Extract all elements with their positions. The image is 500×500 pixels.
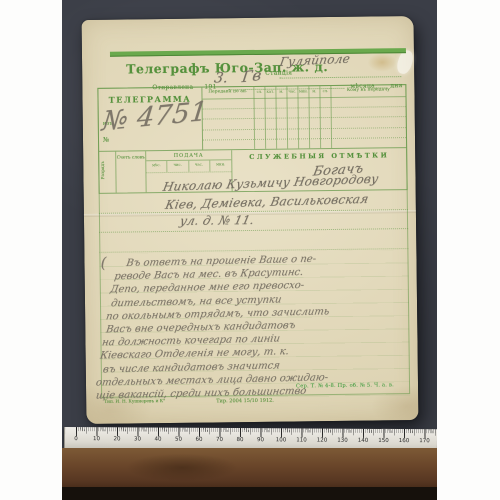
submission-columns: мѣс.чис.час.мин. — [146, 160, 231, 173]
submission-column: мин. — [210, 160, 231, 171]
ruler: 0102030405060708090100110120130140150160… — [64, 427, 437, 450]
ruler-number: 80 — [234, 437, 246, 443]
ruler-number: 120 — [316, 438, 328, 444]
series-stamp: Сер. Т. № 4-8. Пр. об. № 5. Ч. а. в. — [296, 382, 394, 389]
photograph: Телеграфъ Юго-Зап. ж. д. Станція Гуляйпо… — [62, 0, 437, 500]
ruler-number: 30 — [131, 436, 143, 442]
station-handwritten: Гуляйполе — [279, 52, 351, 69]
col-destination-label: Кому въ передачу — [331, 85, 405, 92]
station-label: Станція — [265, 69, 292, 76]
station-underline — [279, 76, 401, 78]
ruler-number: 160 — [398, 438, 410, 444]
ruler-number: 60 — [193, 437, 205, 443]
day-handwritten: Гв — [241, 66, 263, 86]
submission-column: мѣс. — [146, 161, 167, 172]
print-run-imprint: Тир. 2004 15/10 1912. — [216, 397, 274, 404]
class-cell: Разрядъ — [99, 152, 116, 193]
body-lines: Въ ответъ на прошеніе Ваше о пе-реводе В… — [93, 250, 416, 402]
table-edge-shadow — [62, 487, 437, 500]
form-top-rule — [110, 48, 406, 57]
ruler-number: 40 — [152, 437, 164, 443]
ruler-number: 20 — [111, 436, 123, 442]
routing-dotted-rows — [203, 96, 407, 151]
ruler-number: 90 — [254, 437, 266, 443]
class-label: Разрядъ — [100, 161, 105, 179]
submission-column: час. — [189, 160, 210, 171]
word-count-label: Счетъ словъ — [116, 151, 145, 160]
telegram-paper: Телеграфъ Юго-Зап. ж. д. Станція Гуляйпо… — [82, 16, 419, 424]
ruler-number: 130 — [336, 438, 348, 444]
ruler-numbers: 0102030405060708090100110120130140150160… — [65, 427, 437, 450]
photo-canvas: Телеграфъ Юго-Зап. ж. д. Станція Гуляйпо… — [0, 0, 500, 500]
printer-imprint: Тип. И. Н. Кушнеревъ и К° — [104, 399, 165, 405]
ruler-number: 70 — [213, 437, 225, 443]
word-count-cell: Счетъ словъ — [116, 151, 146, 192]
ruler-number: 150 — [377, 438, 389, 444]
ruler-number: 0 — [70, 436, 82, 442]
message-body: Въ ответъ на прошеніе Ваше о пе-реводе В… — [99, 250, 410, 400]
ruler-number: 170 — [418, 438, 430, 444]
submission-column: чис. — [168, 161, 189, 172]
ruler-number: 50 — [172, 437, 184, 443]
ruler-number: 140 — [357, 438, 369, 444]
address-rule — [99, 229, 408, 252]
col-transmitted-label: Передана по ап. — [202, 87, 253, 94]
ruler-number: 110 — [295, 437, 307, 443]
table-surface — [62, 448, 437, 487]
ruler-number: 10 — [90, 436, 102, 442]
ruler-number: 100 — [275, 437, 287, 443]
address-line-3: ул. д. № 11. — [178, 213, 255, 228]
year-handwritten: 3. — [213, 70, 229, 86]
routing-columns: Передана по ап. сл.кат.м.час.мин.м.сл. К… — [202, 85, 406, 149]
